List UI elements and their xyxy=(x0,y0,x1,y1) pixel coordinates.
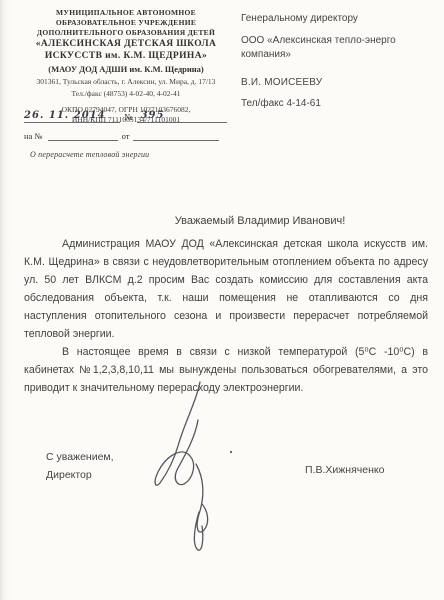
addressee-org-line: ООО «Алексинская тепло-энерго xyxy=(241,34,437,48)
org-name-line: ИСКУССТВ им. К.М. ЩЕДРИНА» xyxy=(16,50,236,62)
ref-number-blank xyxy=(48,129,118,141)
addressee-name: В.И. МОИСЕЕВУ xyxy=(241,76,437,90)
letter-body: Администрация МАОУ ДОД «Алексинская детс… xyxy=(24,235,428,397)
addressee-org-line: компания» xyxy=(241,48,437,62)
closing-phrase: С уважением, xyxy=(46,448,114,466)
salutation: Уважаемый Владимир Иванович! xyxy=(90,215,430,227)
org-name-line: ОБРАЗОВАТЕЛЬНОЕ УЧРЕЖДЕНИЕ xyxy=(16,18,236,28)
closing-block: С уважением, Директор xyxy=(46,448,114,484)
subject-line: О перерасчете тепловой энергии xyxy=(30,150,149,159)
reference-row: на № от xyxy=(24,129,239,141)
handwritten-date: 26. 11. 2014 xyxy=(24,110,106,121)
addressee-phone: Тел/факс 4-14-61 xyxy=(241,97,437,111)
signer-name: П.В.Хижняченко xyxy=(305,464,384,476)
scanned-letter-page: МУНИЦИПАЛЬНОЕ АВТОНОМНОЕ ОБРАЗОВАТЕЛЬНОЕ… xyxy=(0,0,444,600)
body-paragraph-1: Администрация МАОУ ДОД «Алексинская детс… xyxy=(24,235,428,343)
addressee-block: Генеральному директору ООО «Алексинская … xyxy=(241,12,437,111)
org-name-line: ДОПОЛНИТЕЛЬНОГО ОБРАЗОВАНИЯ ДЕТЕЙ xyxy=(16,28,236,38)
signature-scribble xyxy=(138,376,248,554)
ref-ot-label: от xyxy=(122,131,130,141)
letterhead: МУНИЦИПАЛЬНОЕ АВТОНОМНОЕ ОБРАЗОВАТЕЛЬНОЕ… xyxy=(16,8,236,125)
ref-date-blank xyxy=(133,129,219,141)
org-address: 301361, Тульская область, г. Алексин, ул… xyxy=(16,77,236,87)
org-name-line: «АЛЕКСИНСКАЯ ДЕТСКАЯ ШКОЛА xyxy=(16,38,236,50)
org-short-name: (МАОУ ДОД АДШИ им. К.М. Щедрина) xyxy=(16,63,236,75)
outgoing-number-row: 26. 11. 2014 № 395 xyxy=(24,110,239,123)
addressee-position: Генеральному директору xyxy=(241,12,437,26)
org-name-line: МУНИЦИПАЛЬНОЕ АВТОНОМНОЕ xyxy=(16,8,236,18)
number-sign: № xyxy=(124,112,133,122)
ref-prefix: на № xyxy=(24,131,43,141)
signer-title: Директор xyxy=(46,466,114,484)
org-phone: Тел./факс (48753) 4-02-40, 4-02-41 xyxy=(16,89,236,99)
handwritten-number: 395 xyxy=(141,110,165,121)
